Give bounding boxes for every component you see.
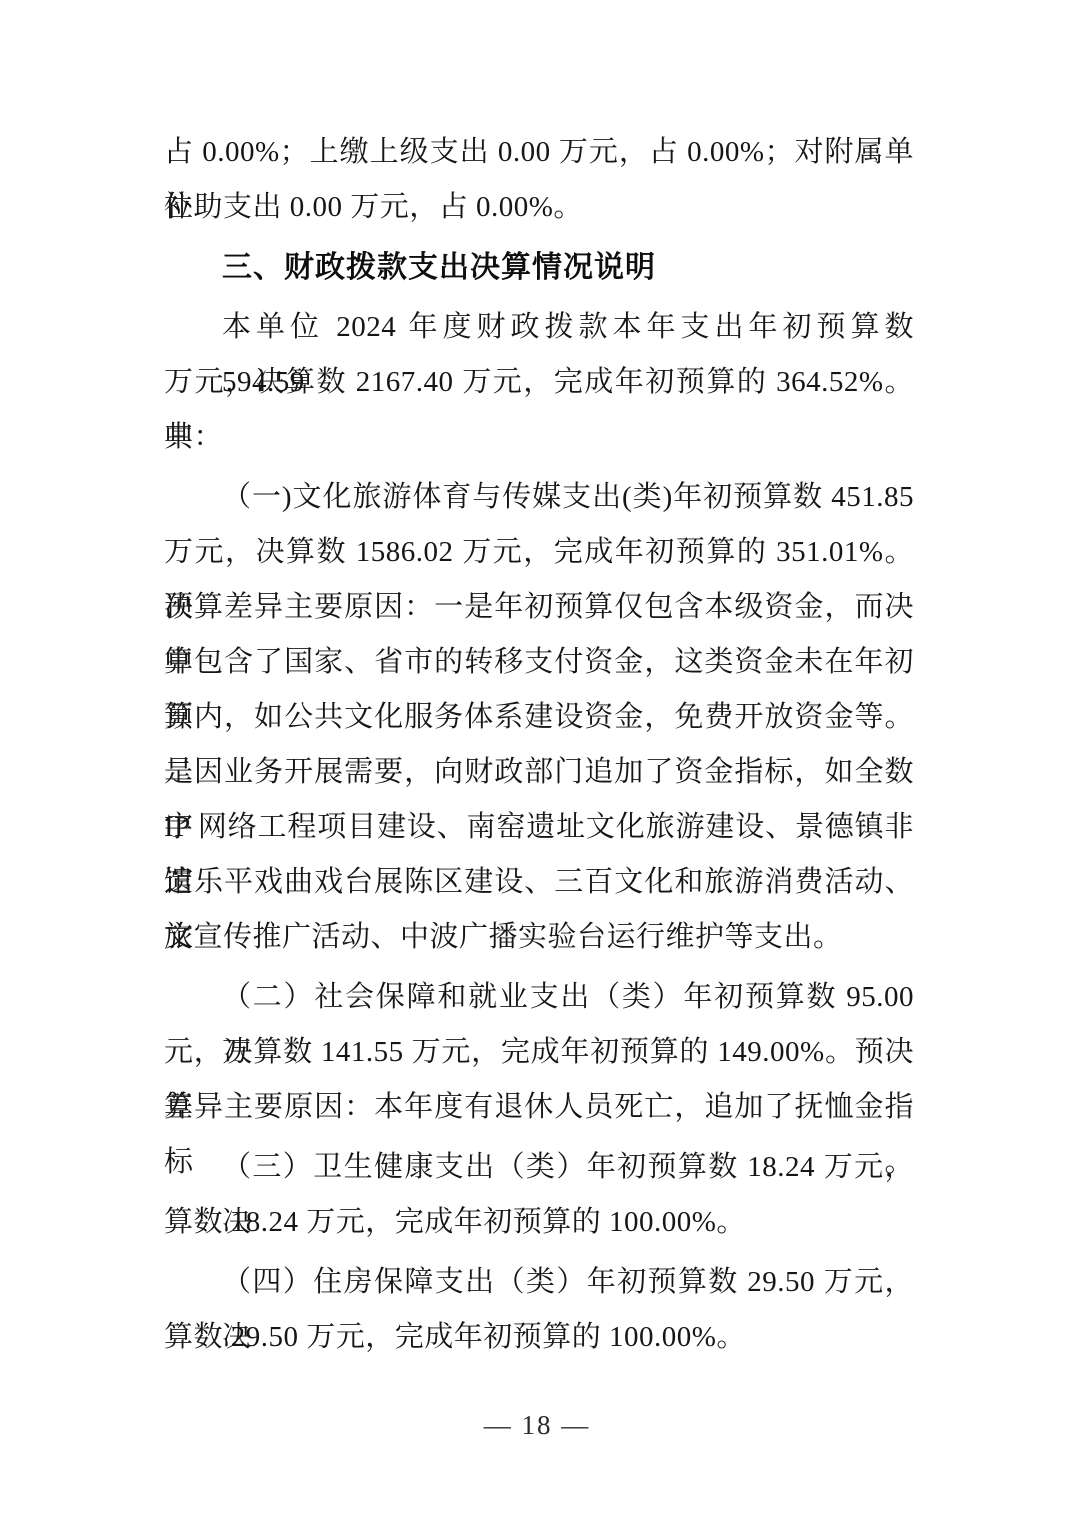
body-text-line: 决算差异主要原因：一是年初预算仅包含本级资金，而决算 <box>164 580 914 635</box>
body-text-line: 算数 18.24 万元，完成年初预算的 100.00%。 <box>164 1195 914 1250</box>
body-text-line: 中： <box>164 410 914 465</box>
section-heading: 三、财政拨款支出决算情况说明 <box>164 240 914 295</box>
body-text-line: 占 0.00%；上缴上级支出 0.00 万元，占 0.00%；对附属单位 <box>164 125 914 180</box>
body-text-line: （一)文化旅游体育与传媒支出(类)年初预算数 451.85 <box>164 470 914 525</box>
body-text-line: 补助支出 0.00 万元，占 0.00%。 <box>164 180 914 235</box>
document-page: 占 0.00%；上缴上级支出 0.00 万元，占 0.00%；对附属单位 补助支… <box>0 0 1074 1520</box>
page-number: — 18 — <box>0 1400 1074 1450</box>
body-text-line: 旅宣传推广活动、中波广播实验台运行维护等支出。 <box>164 910 914 965</box>
body-text-line: 是因业务开展需要，向财政部门追加了资金指标，如全数字 <box>164 745 914 800</box>
body-text-line: 万元，决算数 1586.02 万元，完成年初预算的 351.01%。预 <box>164 525 914 580</box>
body-text-line: 算数 29.50 万元，完成年初预算的 100.00%。 <box>164 1310 914 1365</box>
body-text-line: 馆乐平戏曲戏台展陈区建设、三百文化和旅游消费活动、文 <box>164 855 914 910</box>
body-text-line: （二）社会保障和就业支出（类）年初预算数 95.00 万 <box>164 970 914 1025</box>
body-text-line: 差异主要原因：本年度有退休人员死亡，追加了抚恤金指标。 <box>164 1080 914 1135</box>
body-text-line: （三）卫生健康支出（类）年初预算数 18.24 万元，决 <box>164 1140 914 1195</box>
body-text-line: 本单位 2024 年度财政拨款本年支出年初预算数 594.59 <box>164 300 914 355</box>
body-text-line: 中包含了国家、省市的转移支付资金，这类资金未在年初预 <box>164 635 914 690</box>
document-body: 占 0.00%；上缴上级支出 0.00 万元，占 0.00%；对附属单位 补助支… <box>164 125 914 1365</box>
body-text-line: （四）住房保障支出（类）年初预算数 29.50 万元，决 <box>164 1255 914 1310</box>
body-text-line: 元，决算数 141.55 万元，完成年初预算的 149.00%。预决算 <box>164 1025 914 1080</box>
body-text-line: IP 网络工程项目建设、南窑遗址文化旅游建设、景德镇非遗 <box>164 800 914 855</box>
body-text-line: 算内，如公共文化服务体系建设资金，免费开放资金等。二 <box>164 690 914 745</box>
body-text-line: 万元，决算数 2167.40 万元，完成年初预算的 364.52%。其 <box>164 355 914 410</box>
